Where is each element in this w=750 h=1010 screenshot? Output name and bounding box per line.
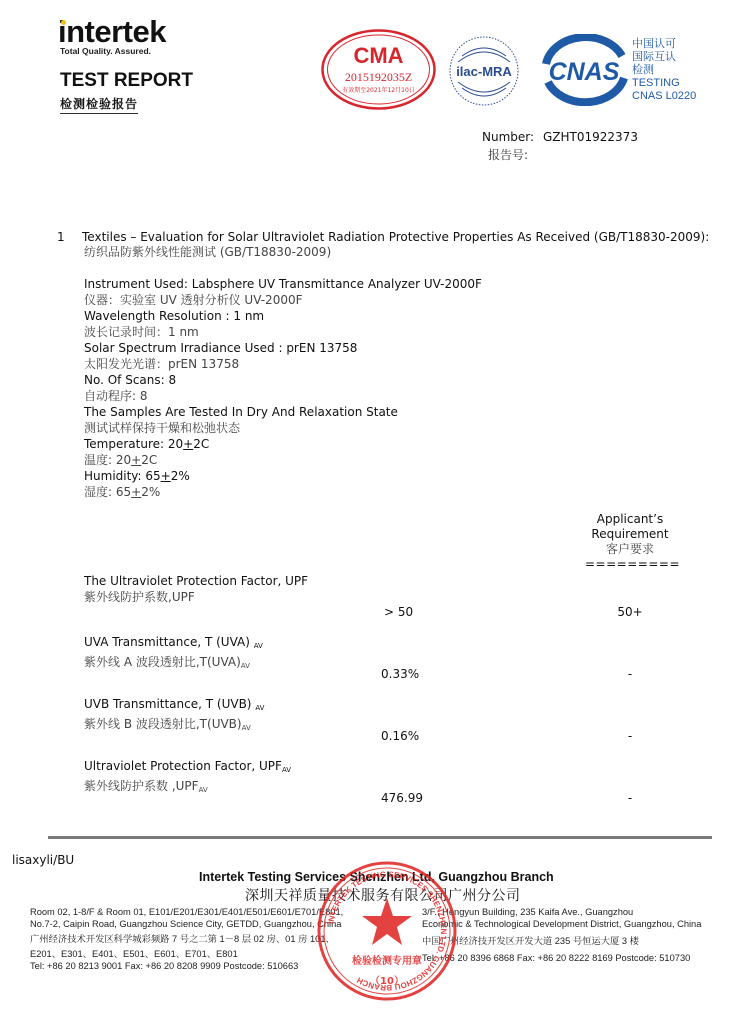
result-name: UVB Transmittance, T (UVB) AV <box>84 696 264 716</box>
result-requirement: 50+ <box>610 605 650 619</box>
address-line: Economic & Technological Development Dis… <box>422 918 701 930</box>
temperature-line-cn: 温度: 20+2C <box>84 452 482 468</box>
address-line: E201、E301、E401、E501、E601、E701、E801 <box>30 948 343 960</box>
result-name-cn: 紫外线 B 波段透射比,T(UVB)AV <box>84 716 264 736</box>
report-title-cn: 检测检验报告 <box>60 95 138 114</box>
cnas-line: 中国认可 <box>632 38 696 51</box>
requirement-header: Applicant’s Requirement 客户要求 ========= <box>585 512 675 572</box>
section-title: Textiles – Evaluation for Solar Ultravio… <box>82 229 709 245</box>
address-line: Tel: +86 20 8213 9001 Fax: +86 20 8208 9… <box>30 960 343 972</box>
svg-text:CMA: CMA <box>353 43 403 68</box>
result-name-cn: 紫外线防护系数 ,UPFAV <box>84 778 291 798</box>
cnas-line: 检测 <box>632 64 696 77</box>
condition-line: 太阳发光光谱：prEN 13758 <box>84 356 482 372</box>
condition-line: 测试试样保持干燥和松弛状态 <box>84 420 482 436</box>
temperature-line: Temperature: 20+2C <box>84 436 482 452</box>
intertek-logo: intertek <box>58 14 166 50</box>
result-row: UVA Transmittance, T (UVA) AV 紫外线 A 波段透射… <box>84 634 263 674</box>
cma-certification-logo: CMA 2015192035Z 有效期至2021年12月10日 <box>321 29 436 110</box>
star-icon <box>362 898 412 945</box>
svg-text:有效期至2021年12月10日: 有效期至2021年12月10日 <box>342 86 415 94</box>
cnas-line: 国际互认 <box>632 51 696 64</box>
logo-text: intertek <box>58 14 166 49</box>
req-header-line: 客户要求 <box>585 542 675 557</box>
result-requirement: - <box>610 667 650 681</box>
humidity-line-cn: 湿度: 65+2% <box>84 484 482 500</box>
svg-text:2015192035Z: 2015192035Z <box>345 70 412 84</box>
req-header-line: Applicant’s <box>585 512 675 527</box>
cnas-line: CNAS L0220 <box>632 90 696 103</box>
address-line: 广州经济技术开发区科学城彩频路 7 号之二第 1－8 层 02 房、01 房 1… <box>30 933 343 945</box>
report-number-label: Number: <box>482 130 534 144</box>
footer-divider <box>48 836 712 839</box>
cnas-logo: CNAS <box>538 34 630 106</box>
result-name: Ultraviolet Protection Factor, UPFAV <box>84 758 291 778</box>
test-conditions: Instrument Used: Labsphere UV Transmitta… <box>84 276 482 500</box>
condition-line: 仪器：实验室 UV 透射分析仪 UV-2000F <box>84 292 482 308</box>
cnas-line: TESTING <box>632 77 696 90</box>
result-value: > 50 <box>384 605 413 619</box>
humidity-line: Humidity: 65+2% <box>84 468 482 484</box>
result-row: Ultraviolet Protection Factor, UPFAV 紫外线… <box>84 758 291 798</box>
result-requirement: - <box>610 791 650 805</box>
report-title: TEST REPORT <box>60 70 193 92</box>
result-name: UVA Transmittance, T (UVA) AV <box>84 634 263 654</box>
result-name-cn: 紫外线 A 波段透射比,T(UVA)AV <box>84 654 263 674</box>
result-name: The Ultraviolet Protection Factor, UPF <box>84 573 308 589</box>
report-number-label-cn: 报告号: <box>488 146 528 163</box>
official-seal-stamp: INTERTEK TESTING SERVICES SHENZHEN LTD. … <box>316 860 458 1002</box>
result-requirement: - <box>610 729 650 743</box>
ilac-mra-logo: ilac-MRA <box>448 32 520 110</box>
req-header-line: Requirement <box>585 527 675 542</box>
condition-line: Instrument Used: Labsphere UV Transmitta… <box>84 276 482 292</box>
address-line: Tel: +86 20 8396 6868 Fax: +86 20 8222 8… <box>422 952 701 964</box>
address-line: 中国广州经济技开发区开发大道 235 号恒运大厦 3 楼 <box>422 935 701 947</box>
condition-line: Wavelength Resolution : 1 nm <box>84 308 482 324</box>
condition-line: 波长记录时间：1 nm <box>84 324 482 340</box>
svg-text:（10）: （10） <box>370 974 404 987</box>
cnas-text: 中国认可 国际互认 检测 TESTING CNAS L0220 <box>632 38 696 103</box>
svg-text:CNAS: CNAS <box>549 58 620 86</box>
result-value: 0.33% <box>381 667 419 681</box>
result-row: The Ultraviolet Protection Factor, UPF 紫… <box>84 573 308 605</box>
address-right: 3/F., Hengyun Building, 235 Kaifa Ave., … <box>422 906 701 964</box>
section-index: 1 <box>57 229 65 245</box>
condition-line: Solar Spectrum Irradiance Used : prEN 13… <box>84 340 482 356</box>
address-line: No.7-2, Caipin Road, Guangzhou Science C… <box>30 918 343 930</box>
svg-text:检验检测专用章: 检验检测专用章 <box>352 954 422 967</box>
condition-line: The Samples Are Tested In Dry And Relaxa… <box>84 404 482 420</box>
condition-line: 自动程序: 8 <box>84 388 482 404</box>
result-name-cn: 紫外线防护系数,UPF <box>84 589 308 605</box>
logo-dot <box>61 20 66 25</box>
tagline: Total Quality. Assured. <box>60 46 151 56</box>
result-value: 476.99 <box>381 791 423 805</box>
req-header-divider: ========= <box>585 557 675 572</box>
address-left: Room 02, 1-8/F & Room 01, E101/E201/E301… <box>30 906 343 972</box>
result-row: UVB Transmittance, T (UVB) AV 紫外线 B 波段透射… <box>84 696 264 736</box>
section-title-cn: 纺织品防紫外线性能测试 (GB/T18830-2009) <box>84 244 331 260</box>
report-number: GZHT01922373 <box>543 130 638 144</box>
condition-line: No. Of Scans: 8 <box>84 372 482 388</box>
svg-text:ilac-MRA: ilac-MRA <box>456 64 512 79</box>
address-line: 3/F., Hengyun Building, 235 Kaifa Ave., … <box>422 906 701 918</box>
author-code: lisaxyli/BU <box>12 853 74 867</box>
result-value: 0.16% <box>381 729 419 743</box>
address-line: Room 02, 1-8/F & Room 01, E101/E201/E301… <box>30 906 343 918</box>
